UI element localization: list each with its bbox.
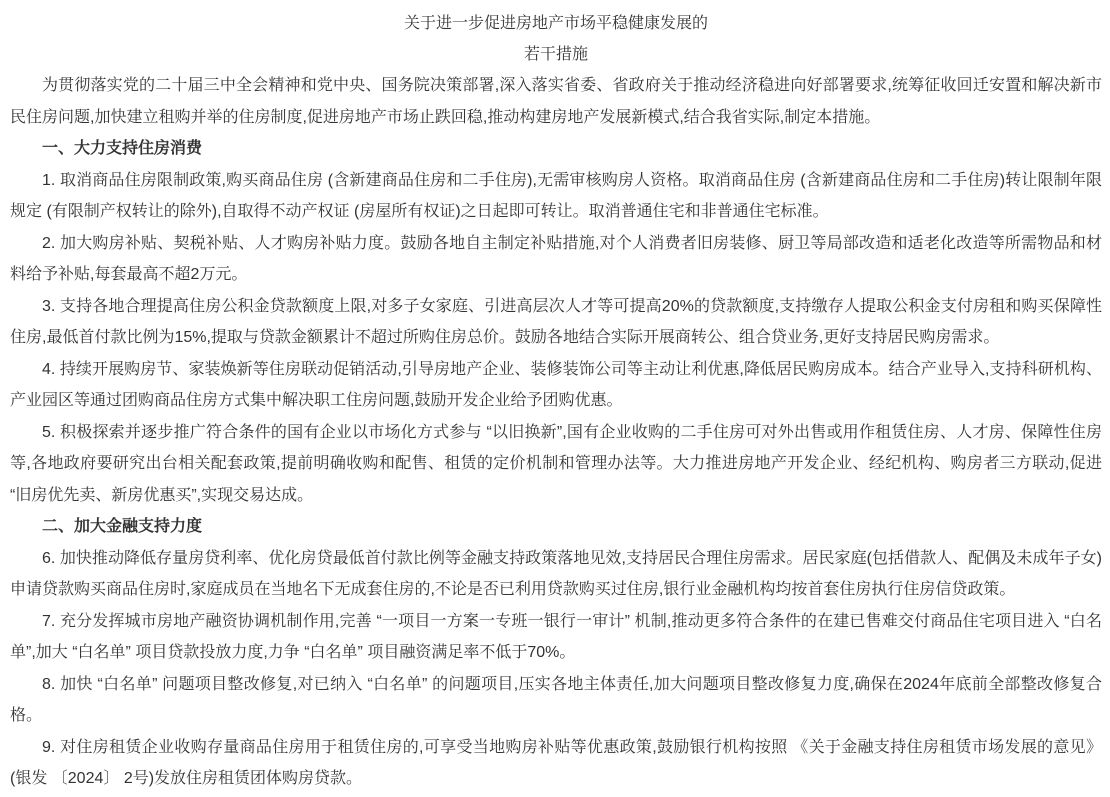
policy-item-3: 3. 支持各地合理提高住房公积金贷款额度上限,对多子女家庭、引进高层次人才等可提… xyxy=(10,291,1102,354)
section-heading-1: 一、大力支持住房消费 xyxy=(10,133,1102,165)
policy-item-1: 1. 取消商品住房限制政策,购买商品住房 (含新建商品住房和二手住房),无需审核… xyxy=(10,165,1102,228)
policy-item-2: 2. 加大购房补贴、契税补贴、人才购房补贴力度。鼓励各地自主制定补贴措施,对个人… xyxy=(10,228,1102,291)
document-title-line1: 关于进一步促进房地产市场平稳健康发展的 xyxy=(10,8,1102,39)
section-heading-2: 二、加大金融支持力度 xyxy=(10,511,1102,543)
policy-item-4: 4. 持续开展购房节、家装焕新等住房联动促销活动,引导房地产企业、装修装饰公司等… xyxy=(10,354,1102,417)
policy-item-9: 9. 对住房租赁企业收购存量商品住房用于租赁住房的,可享受当地购房补贴等优惠政策… xyxy=(10,732,1102,795)
document-title-line2: 若干措施 xyxy=(10,39,1102,70)
policy-item-8: 8. 加快 “白名单” 问题项目整改修复,对已纳入 “白名单” 的问题项目,压实… xyxy=(10,669,1102,732)
policy-item-5: 5. 积极探索并逐步推广符合条件的国有企业以市场化方式参与 “以旧换新”,国有企… xyxy=(10,417,1102,512)
intro-paragraph: 为贯彻落实党的二十届三中全会精神和党中央、国务院决策部署,深入落实省委、省政府关… xyxy=(10,70,1102,133)
policy-item-7: 7. 充分发挥城市房地产融资协调机制作用,完善 “一项目一方案一专班一银行一审计… xyxy=(10,606,1102,669)
policy-document: 关于进一步促进房地产市场平稳健康发展的 若干措施 为贯彻落实党的二十届三中全会精… xyxy=(0,0,1110,795)
policy-item-6: 6. 加快推动降低存量房贷利率、优化房贷最低首付款比例等金融支持政策落地见效,支… xyxy=(10,543,1102,606)
